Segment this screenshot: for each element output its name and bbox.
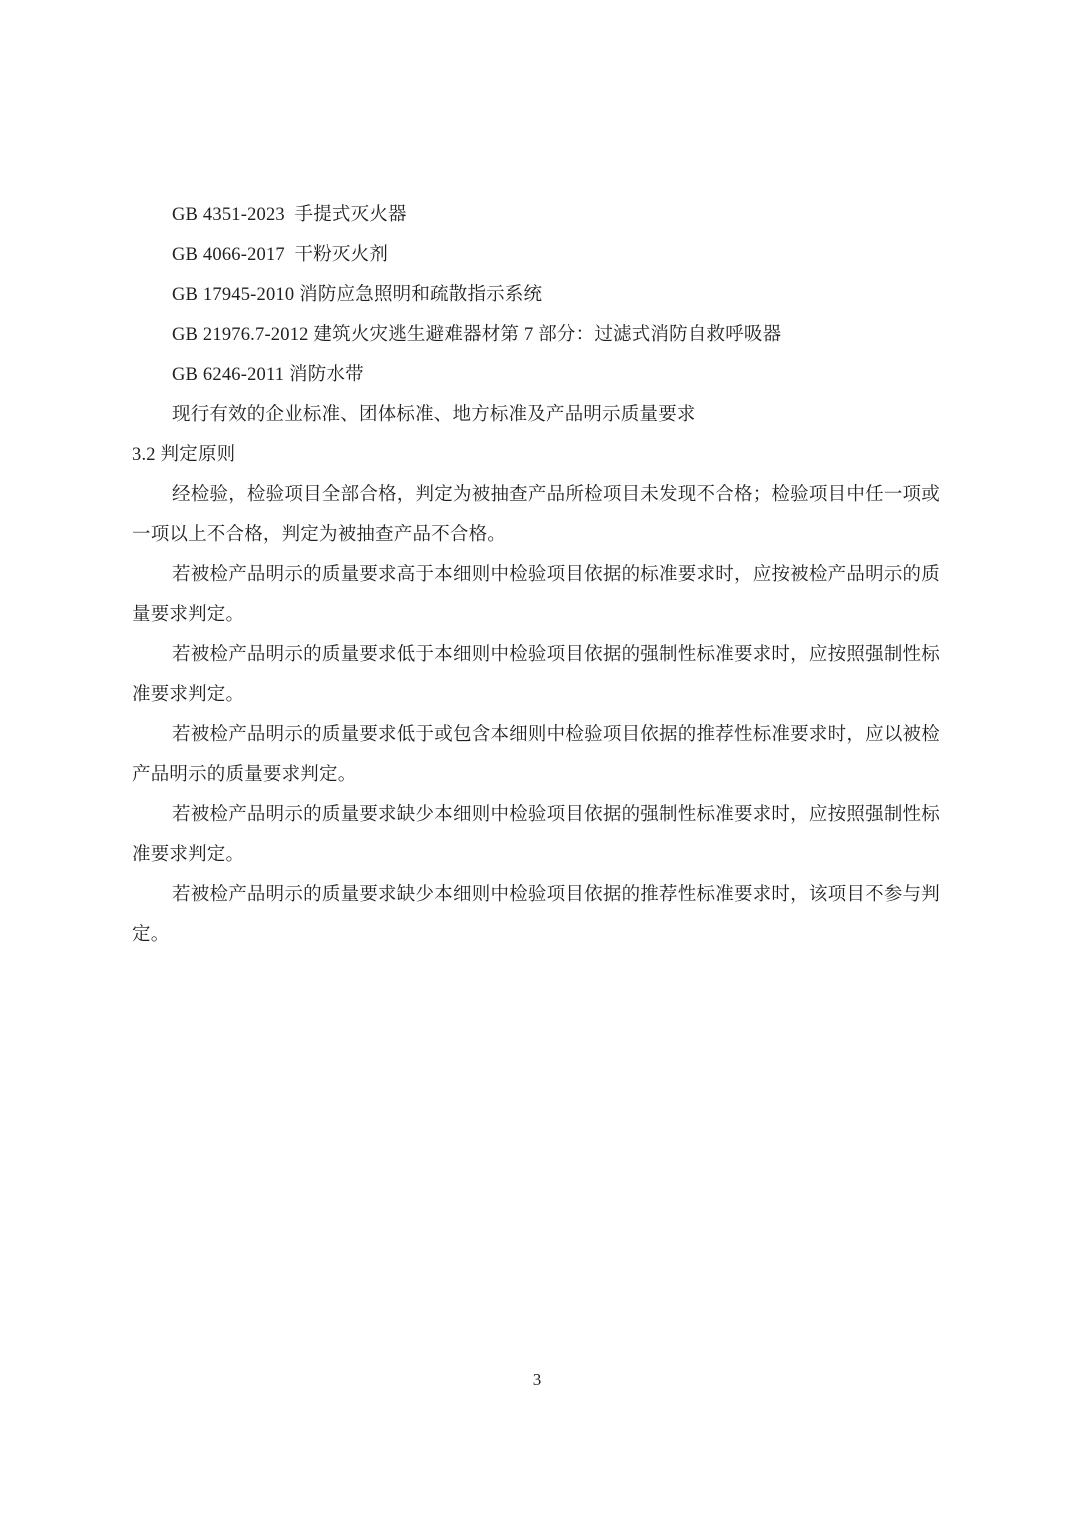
section-heading: 3.2 判定原则 (132, 435, 940, 475)
paragraph-line: 一项以上不合格，判定为被抽查产品不合格。 (132, 515, 940, 555)
standard-reference-line: 现行有效的企业标准、团体标准、地方标准及产品明示质量要求 (132, 395, 940, 435)
paragraph-line: 产品明示的质量要求判定。 (132, 755, 940, 795)
standard-reference-line: GB 4351-2023 手提式灭火器 (132, 195, 940, 235)
paragraph-line: 若被检产品明示的质量要求缺少本细则中检验项目依据的强制性标准要求时，应按照强制性… (132, 795, 940, 835)
paragraph-line: 若被检产品明示的质量要求低于本细则中检验项目依据的强制性标准要求时，应按照强制性… (132, 635, 940, 675)
document-body: GB 4351-2023 手提式灭火器GB 4066-2017 干粉灭火剂GB … (132, 195, 940, 955)
document-page: GB 4351-2023 手提式灭火器GB 4066-2017 干粉灭火剂GB … (0, 0, 1074, 1520)
paragraph-line: 准要求判定。 (132, 675, 940, 715)
page-number: 3 (533, 1370, 542, 1389)
paragraph-line: 若被检产品明示的质量要求高于本细则中检验项目依据的标准要求时，应按被检产品明示的… (132, 555, 940, 595)
paragraph-line: 定。 (132, 915, 940, 955)
paragraph-line: 准要求判定。 (132, 835, 940, 875)
standard-reference-line: GB 17945-2010 消防应急照明和疏散指示系统 (132, 275, 940, 315)
paragraph-line: 若被检产品明示的质量要求缺少本细则中检验项目依据的推荐性标准要求时，该项目不参与… (132, 875, 940, 915)
paragraph-line: 量要求判定。 (132, 595, 940, 635)
paragraph-line: 若被检产品明示的质量要求低于或包含本细则中检验项目依据的推荐性标准要求时，应以被… (132, 715, 940, 755)
standard-reference-line: GB 21976.7-2012 建筑火灾逃生避难器材第 7 部分：过滤式消防自救… (132, 315, 940, 355)
standard-reference-line: GB 4066-2017 干粉灭火剂 (132, 235, 940, 275)
page-footer: 3 (0, 1366, 1074, 1394)
standard-reference-line: GB 6246-2011 消防水带 (132, 355, 940, 395)
paragraph-line: 经检验，检验项目全部合格，判定为被抽查产品所检项目未发现不合格；检验项目中任一项… (132, 475, 940, 515)
